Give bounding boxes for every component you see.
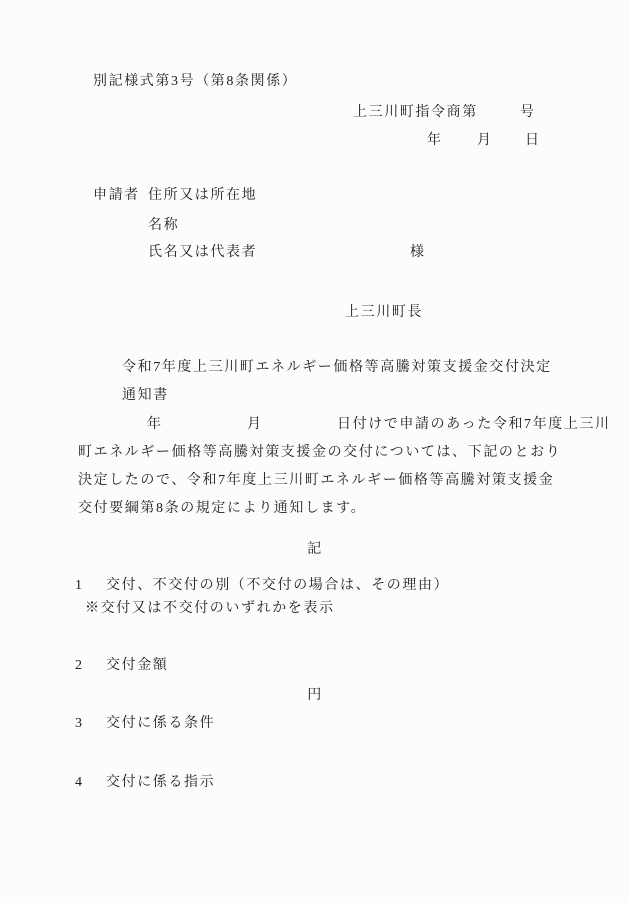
addressee-mayor: 上三川町長 [345,305,423,321]
date-month-label: 月 [477,133,493,149]
honorific-sama: 様 [410,245,426,261]
item-3-number: 3 [75,716,84,732]
item-4-text: 交付に係る指示 [106,775,215,791]
notice-document-page: 別記様式第3号（第8条関係） 上三川町指令商第 号 年 月 日 申請者 住所又は… [0,0,630,903]
item-4-number: 4 [75,775,84,791]
item-1-note: ※交付又は不交付のいずれかを表示 [85,601,335,617]
item-1-text: 交付、不交付の別（不交付の場合は、その理由） [106,578,449,594]
date-year-label: 年 [427,133,443,149]
record-marker: 記 [0,542,630,558]
date-day-label: 日 [525,133,541,149]
applicant-name-label: 名称 [148,218,179,234]
item-1-number: 1 [75,578,84,594]
applicant-address-label: 住所又は所在地 [148,188,257,204]
item-2-currency-unit: 円 [0,688,630,704]
item-2-number: 2 [75,658,84,674]
body-month-label: 月 [247,417,263,433]
body-line3: 決定したので、令和7年度上三川町エネルギー価格等高騰対策支援金 [78,473,554,489]
applicant-representative-label: 氏名又は代表者 [148,245,257,261]
doc-number-prefix: 上三川町指令商第 [353,105,478,121]
form-designation: 別記様式第3号（第8条関係） [93,74,297,90]
item-2-text: 交付金額 [106,658,168,674]
body-year-label: 年 [147,417,163,433]
item-3-text: 交付に係る条件 [106,716,215,732]
body-line1: 日付けで申請のあった令和7年度上三川 [337,417,611,433]
body-line2: 町エネルギー価格等高騰対策支援金の交付については、下記のとおり [78,445,561,461]
notice-title-line2: 通知書 [122,388,169,404]
notice-title-line1: 令和7年度上三川町エネルギー価格等高騰対策支援金交付決定 [122,360,552,376]
applicant-label: 申請者 [93,188,140,204]
body-line4: 交付要綱第8条の規定により通知します。 [78,501,366,517]
doc-number-suffix: 号 [520,105,536,121]
